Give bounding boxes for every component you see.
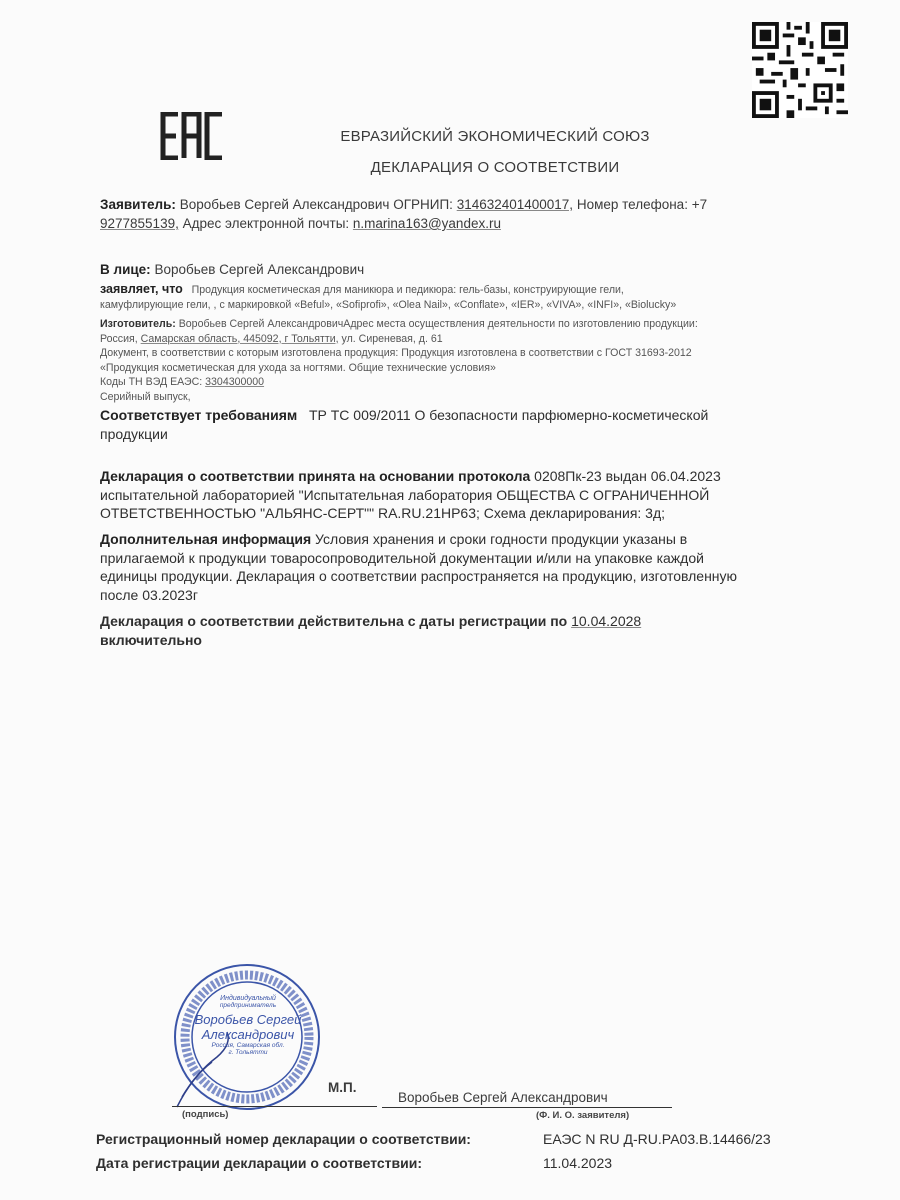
- email-label: Адрес электронной почты:: [183, 216, 350, 231]
- mp-label: М.П.: [328, 1078, 356, 1097]
- reg-date-value: 11.04.2023: [543, 1154, 612, 1173]
- protocol-block: Декларация о соответствии принята на осн…: [100, 467, 840, 523]
- manufacturer-text: Воробьев Сергей АлександровичАдрес места…: [179, 318, 698, 330]
- represented-name: Воробьев Сергей Александрович: [154, 262, 364, 277]
- represented-block: В лице: Воробьев Сергей Александрович: [100, 260, 364, 279]
- additional-label: Дополнительная информация: [100, 531, 311, 547]
- document-line2: «Продукция косметическая для ухода за но…: [100, 362, 496, 374]
- stamp-top: Индивидуальный: [192, 995, 304, 1002]
- codes-label: Коды ТН ВЭД ЕАЭС:: [100, 376, 202, 388]
- applicant-label: Заявитель:: [100, 197, 176, 212]
- serial-text: Серийный выпуск,: [100, 391, 191, 403]
- stamp-sub: предприниматель: [192, 1002, 304, 1009]
- phone-label: Номер телефона: +7: [577, 197, 707, 212]
- requirements-text2: продукции: [100, 426, 168, 442]
- validity-block: Декларация о соответствии действительна …: [100, 612, 820, 649]
- fio-label: (Ф. И. О. заявителя): [536, 1110, 629, 1121]
- codes-value: 3304300000: [205, 376, 264, 388]
- phone-value: 9277855139,: [100, 216, 179, 231]
- reg-number-label: Регистрационный номер декларации о соотв…: [96, 1130, 471, 1149]
- represented-label: В лице:: [100, 262, 151, 277]
- stamp-text: Индивидуальный предприниматель Воробьев …: [192, 995, 304, 1056]
- stamp-place2: г. Тольятти: [192, 1049, 304, 1056]
- additional-line2: прилагаемой к продукции товаросопроводит…: [100, 550, 704, 566]
- qr-code-icon: [752, 22, 848, 118]
- stamp-name2: Александрович: [192, 1027, 304, 1042]
- protocol-line2: испытательной лабораторией "Испытательна…: [100, 487, 709, 503]
- reg-number-value: ЕАЭС N RU Д-RU.РА03.В.14466/23: [543, 1130, 771, 1149]
- applicant-fio: Воробьев Сергей Александрович: [398, 1088, 608, 1107]
- document-line1: Документ, в соответствии с которым изгот…: [100, 347, 692, 359]
- requirements-label: Соответствует требованиям: [100, 407, 297, 423]
- declares-label: заявляет, что: [100, 282, 183, 296]
- declares-line2: камуфлирующие гели, , с маркировкой «Bef…: [100, 299, 676, 311]
- protocol-label: Декларация о соответствии принята на осн…: [100, 468, 530, 484]
- fio-line: [382, 1107, 672, 1108]
- additional-line4: после 03.2023г: [100, 587, 198, 603]
- reg-date-label: Дата регистрации декларации о соответств…: [96, 1154, 422, 1173]
- manufacturer-street: ул. Сиреневая, д. 61: [342, 333, 443, 345]
- validity-text: Декларация о соответствии действительна …: [100, 613, 567, 629]
- validity-line2: включительно: [100, 632, 202, 648]
- manufacturer-label: Изготовитель:: [100, 318, 176, 330]
- applicant-block: Заявитель: Воробьев Сергей Александрович…: [100, 195, 820, 233]
- manufacturer-country: Россия,: [100, 333, 138, 345]
- protocol-text1: 0208Пк-23 выдан 06.04.2023: [534, 468, 721, 484]
- additional-block: Дополнительная информация Условия хранен…: [100, 530, 860, 604]
- ogrnip-label: ОГРНИП:: [393, 197, 453, 212]
- ogrnip-value: 314632401400017,: [457, 197, 573, 212]
- declares-line1: Продукция косметическая для маникюра и п…: [192, 284, 624, 296]
- stamp-place1: Россия, Самарская обл.: [192, 1042, 304, 1049]
- declares-block: заявляет, что Продукция косметическая дл…: [100, 282, 840, 312]
- document-title: ДЕКЛАРАЦИЯ О СООТВЕТСТВИИ: [0, 159, 900, 176]
- signature-line: [172, 1106, 377, 1107]
- signature-label: (подпись): [182, 1109, 228, 1120]
- manufacturer-block: Изготовитель: Воробьев Сергей Александро…: [100, 317, 840, 404]
- stamp-name1: Воробьев Сергей: [192, 1012, 304, 1027]
- validity-date: 10.04.2028: [571, 613, 641, 629]
- union-heading: ЕВРАЗИЙСКИЙ ЭКОНОМИЧЕСКИЙ СОЮЗ: [0, 128, 900, 145]
- additional-text1: Условия хранения и сроки годности продук…: [315, 531, 687, 547]
- applicant-name: Воробьев Сергей Александрович: [180, 197, 390, 212]
- protocol-line3: ОТВЕТСТВЕННОСТЬЮ "АЛЬЯНС-СЕРТ"" RA.RU.21…: [100, 505, 665, 521]
- additional-line3: единицы продукции. Декларация о соответс…: [100, 568, 737, 584]
- email-value: n.marina163@yandex.ru: [353, 216, 501, 231]
- requirements-block: Соответствует требованиям ТР ТС 009/2011…: [100, 406, 820, 443]
- manufacturer-region: Самарская область, 445092, г Тольятти,: [141, 333, 339, 345]
- requirements-text: ТР ТС 009/2011 О безопасности парфюмерно…: [309, 407, 708, 423]
